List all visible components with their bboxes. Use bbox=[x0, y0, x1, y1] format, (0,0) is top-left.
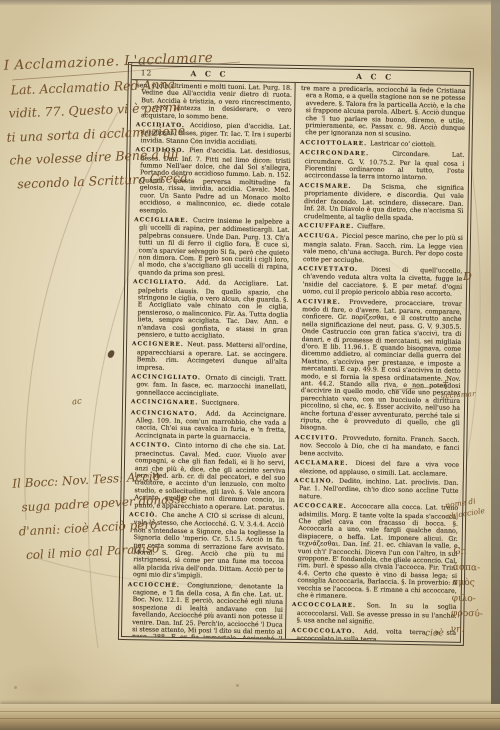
entry-text: Accoccare alla cocca. Lat. treno adsimil… bbox=[297, 503, 458, 600]
handwritten-line: Gr. bbox=[453, 544, 485, 561]
entry-headword: Accivire. bbox=[297, 299, 349, 306]
entry-text: Add. da Accigliare. Lat. palpebris claus… bbox=[137, 279, 288, 339]
entry-text: Succignere. bbox=[201, 400, 239, 408]
marginalia-bottom-left: Il Bocc: Nov. Tess: Acciòsuga padre opev… bbox=[12, 460, 237, 567]
dictionary-entry: Acciuga. Picciol pesce marino, che per l… bbox=[298, 232, 463, 265]
entry-headword: Accoccolato. bbox=[292, 628, 364, 635]
dictionary-entry: Accircondare. Circondare. Lat. circumdar… bbox=[299, 149, 464, 182]
entry-text: Ciuffare. bbox=[357, 223, 385, 230]
entry-text: tre mare a predicarla, acciocché la fede… bbox=[301, 85, 466, 138]
pencil-speck bbox=[14, 686, 17, 689]
entry-headword: Accivito. bbox=[295, 435, 343, 442]
entry-headword: Accircondare. bbox=[300, 150, 392, 158]
dictionary-entry: Accivito. Provveduto, fornito. Franch. S… bbox=[295, 434, 460, 460]
marginalia-greek-note: Gr.ἀσπα-σμὸςφιλο-φροσύ-νη. bbox=[450, 544, 485, 638]
pencil-speck bbox=[236, 684, 239, 687]
dictionary-entry: Accincigliato. Ornato di cincigli. Tratt… bbox=[131, 373, 287, 399]
dictionary-column-right: tre mare a predicarla, acciocché la fede… bbox=[285, 83, 469, 642]
entry-headword: Accivettato. bbox=[298, 266, 371, 273]
scanned-book-page: { "scan": { "page_number": "12", "runnin… bbox=[0, 0, 500, 730]
dictionary-entry: Accoccolare. Son. In su la soglia accocc… bbox=[292, 601, 457, 627]
entry-headword: Acciottolare. bbox=[300, 140, 370, 147]
dictionary-entry: Accigliato. Add. da Accigliare. Lat. pal… bbox=[132, 278, 288, 341]
entry-headword: Accoccare. bbox=[294, 503, 352, 510]
entry-headword: Accincigliato. bbox=[131, 374, 205, 381]
handwritten-line: ἀσπα- bbox=[453, 560, 485, 577]
dictionary-entry: tre mare a predicarla, acciocché la fede… bbox=[300, 85, 465, 140]
entry-text: Congiunzione, denotante la cagione, e 'l… bbox=[131, 582, 284, 639]
entry-headword: Acciuga. bbox=[298, 233, 342, 240]
dictionary-entry: Accismare. Da Scisma, che significa prop… bbox=[299, 182, 464, 223]
entry-headword: Acciocché. bbox=[128, 582, 187, 589]
page-edge-top bbox=[0, 0, 500, 5]
entry-headword: Accoccolare. bbox=[292, 602, 367, 609]
marginalia-letter-mark: D bbox=[463, 270, 472, 283]
dictionary-entry: Accivire. Provvedere, procacciare, trova… bbox=[295, 298, 462, 435]
dictionary-entry: Accoccare. Accoccare alla cocca. Lat. tr… bbox=[292, 502, 458, 602]
entry-text: Cucire insieme le palpebre a gli uccelli… bbox=[138, 217, 289, 277]
dictionary-entry: Acciocché. Congiunzione, denotante la ca… bbox=[126, 581, 284, 639]
entry-headword: Accincignato. bbox=[131, 410, 206, 417]
dictionary-entry: Accincignato. Add. da Accincignare. Alle… bbox=[130, 409, 286, 442]
handwritten-line: φροσύ- bbox=[451, 606, 483, 623]
handwritten-line: σμὸς bbox=[452, 575, 484, 592]
dictionary-entry: Acciuffare. Ciuffare. bbox=[299, 222, 464, 233]
dictionary-entry: Acciottolare. Lastricar co' ciottoli. bbox=[300, 139, 465, 150]
dictionary-entry: Accincignare. Succignere. bbox=[131, 398, 287, 409]
marginalia-small-note: ac bbox=[71, 396, 82, 407]
entry-headword: Accismare. bbox=[299, 183, 362, 190]
entry-headword: Accigliato. bbox=[133, 279, 196, 286]
entry-headword: Acciuffare. bbox=[299, 223, 358, 230]
entry-headword: Accigliare. bbox=[134, 217, 193, 224]
entry-headword: Accignere. bbox=[132, 342, 187, 349]
dictionary-entry: Accignere. Neut. pass. Mettersi all'ordi… bbox=[132, 341, 288, 374]
dictionary-entry: Accivettato. Dicesi di quell'uccello, ch… bbox=[297, 265, 462, 298]
page-edge-right bbox=[491, 0, 500, 730]
entry-text: Provvedere, procacciare, trovar modo di … bbox=[300, 298, 462, 432]
handwritten-line: φιλο- bbox=[451, 591, 483, 608]
entry-text: Lastricar co' ciottoli. bbox=[370, 140, 436, 148]
entry-headword: Accincignare. bbox=[131, 399, 201, 406]
dictionary-entry: Acclamare. Dicesi del fare a viva voce e… bbox=[294, 459, 459, 478]
handwritten-line: νη. bbox=[450, 622, 482, 639]
handwritten-inline-note: cioè bbox=[425, 628, 444, 638]
page-edge-bottom bbox=[0, 704, 500, 730]
entry-headword: Acclino. bbox=[294, 478, 339, 485]
entry-headword: Accinto. bbox=[130, 442, 175, 449]
dictionary-entry: Accigliare. Cucire insieme le palpebre a… bbox=[133, 216, 289, 279]
entry-headword: Acclamare. bbox=[294, 460, 355, 467]
marginalia-top-left: I Acclamazione. L'acclamareLat. Acclamat… bbox=[3, 45, 256, 195]
dictionary-entry: Acclino. Dedito, inchino. Lat. proclivis… bbox=[294, 477, 459, 503]
running-head-right: A C C bbox=[356, 72, 394, 82]
marginalia-cross-mark: † bbox=[443, 378, 449, 391]
